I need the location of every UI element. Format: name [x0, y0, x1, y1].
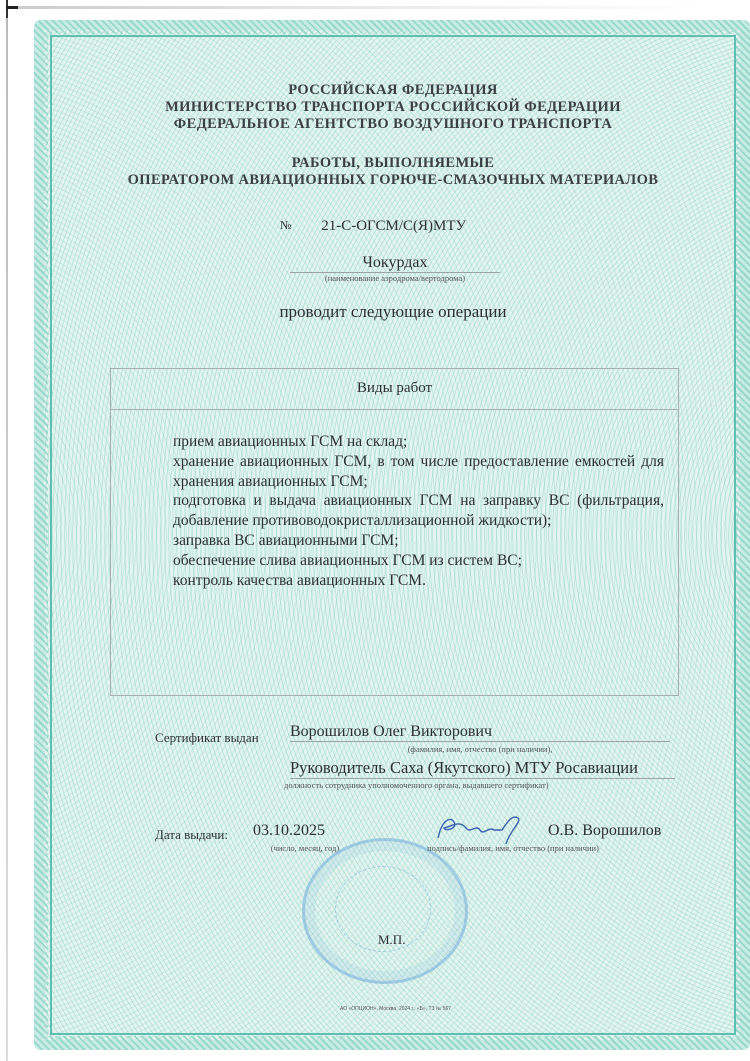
issued-by-label: Сертификат выдан: [155, 730, 259, 746]
title-line: ОПЕРАТОРОМ АВИАЦИОННЫХ ГОРЮЧЕ-СМАЗОЧНЫХ …: [60, 172, 726, 189]
signature-icon: [432, 810, 528, 846]
printer-imprint: АО «ОПЦИОН», Москва, 2024 г., «Б», ТЗ № …: [340, 1006, 451, 1012]
work-item: контроль качества авиационных ГСМ.: [173, 571, 664, 591]
certificate-number: № 21-С-ОГСМ/С(Я)МТУ: [280, 218, 466, 235]
number-value: 21-С-ОГСМ/С(Я)МТУ: [321, 218, 466, 234]
header-line: ФЕДЕРАЛЬНОЕ АГЕНТСТВО ВОЗДУШНОГО ТРАНСПО…: [60, 116, 726, 133]
title-line: РАБОТЫ, ВЫПОЛНЯЕМЫЕ: [60, 155, 726, 172]
work-item: подготовка и выдача авиационных ГСМ на з…: [173, 491, 664, 531]
document-title: РАБОТЫ, ВЫПОЛНЯЕМЫЕ ОПЕРАТОРОМ АВИАЦИОНН…: [60, 155, 726, 189]
work-item: заправка ВС авиационными ГСМ;: [173, 531, 664, 551]
works-list: прием авиационных ГСМ на склад; хранение…: [111, 410, 678, 590]
aerodrome-name: Чокурдах: [290, 254, 500, 273]
authority-header: РОССИЙСКАЯ ФЕДЕРАЦИЯ МИНИСТЕРСТВО ТРАНСП…: [60, 82, 726, 133]
issuer-position-caption: должность сотрудника уполномоченного орг…: [284, 780, 644, 790]
issuer-name-caption: (фамилия, имя, отчество (при наличии),: [290, 744, 670, 754]
seal-label: М.П.: [378, 932, 405, 948]
signatory-name: О.В. Ворошилов: [548, 822, 661, 840]
issue-date: 03.10.2025: [253, 822, 325, 840]
issue-date-label: Дата выдачи:: [155, 827, 228, 843]
scan-top-edge: [6, 6, 706, 9]
issuer-name: Ворошилов Олег Викторович: [290, 723, 670, 742]
official-seal: [302, 838, 468, 984]
work-item: обеспечение слива авиационных ГСМ из сис…: [173, 551, 664, 571]
header-line: МИНИСТЕРСТВО ТРАНСПОРТА РОССИЙСКОЙ ФЕДЕР…: [60, 99, 726, 116]
signature-caption: подпись/фамилия, имя, отчество (при нали…: [398, 843, 628, 853]
issuer-position: Руководитель Саха (Якутского) МТУ Росави…: [290, 758, 675, 779]
header-line: РОССИЙСКАЯ ФЕДЕРАЦИЯ: [60, 82, 726, 99]
work-item: хранение авиационных ГСМ, в том числе пр…: [173, 452, 664, 492]
works-table: Виды работ прием авиационных ГСМ на скла…: [110, 368, 679, 696]
work-item: прием авиационных ГСМ на склад;: [173, 432, 664, 452]
works-table-header: Виды работ: [111, 369, 678, 410]
operations-intro: проводит следующие операции: [60, 302, 726, 322]
scan-edge: [6, 0, 8, 1061]
number-sign: №: [280, 218, 291, 232]
aerodrome-caption: (наименование аэродрома/вертодрома): [290, 273, 500, 283]
